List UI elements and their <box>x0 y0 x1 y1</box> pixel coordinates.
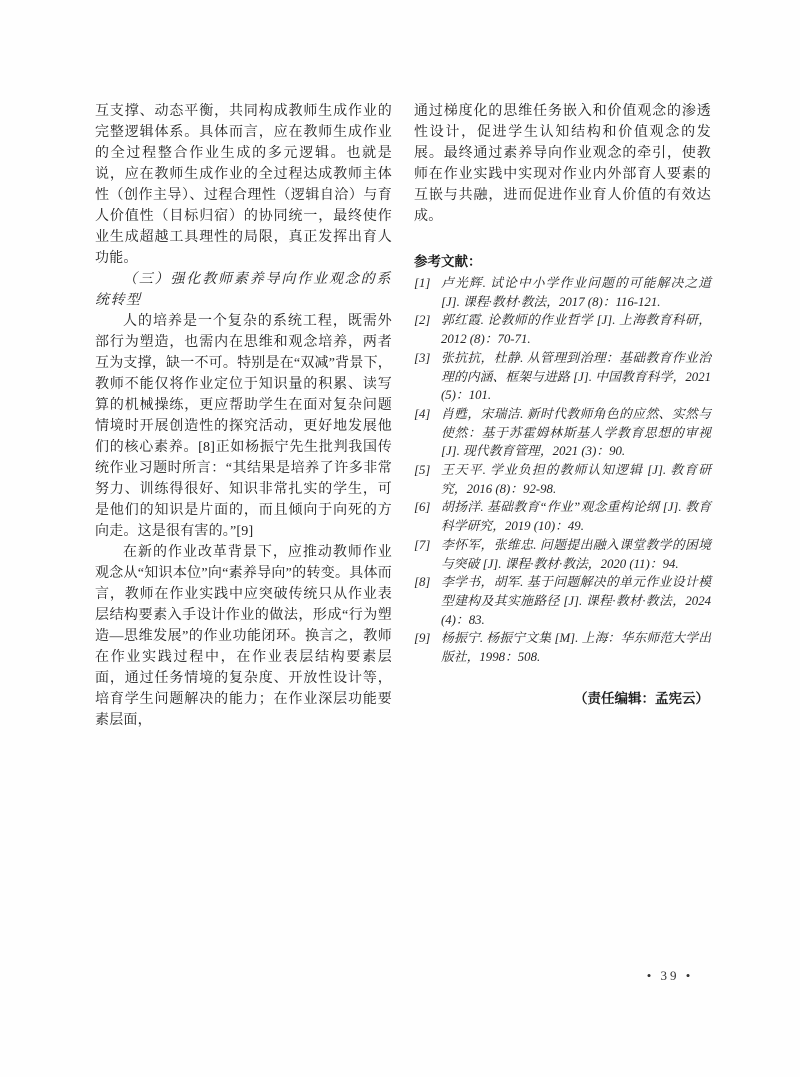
page-number: • 39 • <box>600 968 740 984</box>
reference-text: 李学书，胡军. 基于问题解决的单元作业设计模型建构及其实施路径 [J]. 课程·… <box>441 573 711 629</box>
reference-item: [2] 郭红霞. 论教师的作业哲学 [J]. 上海教育科研，2012 (8)：7… <box>414 311 711 348</box>
reference-text: 张抗抗，杜静. 从管理到治理：基础教育作业治理的内涵、框架与进路 [J]. 中国… <box>441 349 711 405</box>
reference-item: [4] 肖甦，宋瑞洁. 新时代教师角色的应然、实然与使然：基于苏霍姆林斯基人学教… <box>414 405 711 461</box>
body-paragraph: 在新的作业改革背景下，应推动教师作业观念从“知识本位”向“素养导向”的转变。具体… <box>95 542 392 731</box>
reference-number: [9] <box>414 629 441 666</box>
reference-number: [8] <box>414 573 441 629</box>
reference-number: [6] <box>414 498 441 535</box>
reference-text: 卢光辉. 试论中小学作业问题的可能解决之道 [J]. 课程·教材·教法，2017… <box>441 274 711 311</box>
paragraph-continued-from-left-column: 通过梯度化的思维任务嵌入和价值观念的渗透性设计，促进学生认知结构和价值观念的发展… <box>414 101 711 227</box>
reference-item: [1] 卢光辉. 试论中小学作业问题的可能解决之道 [J]. 课程·教材·教法，… <box>414 274 711 311</box>
section-heading: （三）强化教师素养导向作业观念的系统转型 <box>95 269 392 311</box>
reference-text: 郭红霞. 论教师的作业哲学 [J]. 上海教育科研，2012 (8)：70-71… <box>441 311 711 348</box>
reference-number: [1] <box>414 274 441 311</box>
reference-text: 杨振宁. 杨振宁文集 [M]. 上海：华东师范大学出版社，1998：508. <box>441 629 711 666</box>
reference-item: [6] 胡扬洋. 基础教育“作业”观念重构论纲 [J]. 教育科学研究，2019… <box>414 498 711 535</box>
journal-page: 互支撑、动态平衡，共同构成教师生成作业的完整逻辑体系。具体而言，应在教师生成作业… <box>0 0 800 1077</box>
left-column: 互支撑、动态平衡，共同构成教师生成作业的完整逻辑体系。具体而言，应在教师生成作业… <box>95 101 392 731</box>
reference-text: 李怀军，张维忠. 问题提出融入课堂教学的困境与突破 [J]. 课程·教材·教法，… <box>441 536 711 573</box>
reference-item: [3] 张抗抗，杜静. 从管理到治理：基础教育作业治理的内涵、框架与进路 [J]… <box>414 349 711 405</box>
reference-item: [7] 李怀军，张维忠. 问题提出融入课堂教学的困境与突破 [J]. 课程·教材… <box>414 536 711 573</box>
reference-text: 肖甦，宋瑞洁. 新时代教师角色的应然、实然与使然：基于苏霍姆林斯基人学教育思想的… <box>441 405 711 461</box>
reference-item: [5] 王天平. 学业负担的教师认知逻辑 [J]. 教育研究，2016 (8)：… <box>414 461 711 498</box>
paragraph-continued-from-previous-page: 互支撑、动态平衡，共同构成教师生成作业的完整逻辑体系。具体而言，应在教师生成作业… <box>95 101 392 269</box>
references-heading: 参考文献： <box>414 252 711 272</box>
reference-text: 王天平. 学业负担的教师认知逻辑 [J]. 教育研究，2016 (8)：92-9… <box>441 461 711 498</box>
reference-number: [2] <box>414 311 441 348</box>
reference-list: [1] 卢光辉. 试论中小学作业问题的可能解决之道 [J]. 课程·教材·教法，… <box>414 274 711 667</box>
reference-item: [9] 杨振宁. 杨振宁文集 [M]. 上海：华东师范大学出版社，1998：50… <box>414 629 711 666</box>
reference-number: [7] <box>414 536 441 573</box>
right-column: 通过梯度化的思维任务嵌入和价值观念的渗透性设计，促进学生认知结构和价值观念的发展… <box>414 101 711 707</box>
reference-number: [5] <box>414 461 441 498</box>
reference-item: [8] 李学书，胡军. 基于问题解决的单元作业设计模型建构及其实施路径 [J].… <box>414 573 711 629</box>
reference-number: [3] <box>414 349 441 405</box>
editor-note: （责任编辑：孟宪云） <box>414 687 709 707</box>
reference-number: [4] <box>414 405 441 461</box>
reference-text: 胡扬洋. 基础教育“作业”观念重构论纲 [J]. 教育科学研究，2019 (10… <box>441 498 711 535</box>
body-paragraph: 人的培养是一个复杂的系统工程，既需外部行为塑造，也需内在思维和观念培养，两者互为… <box>95 311 392 542</box>
